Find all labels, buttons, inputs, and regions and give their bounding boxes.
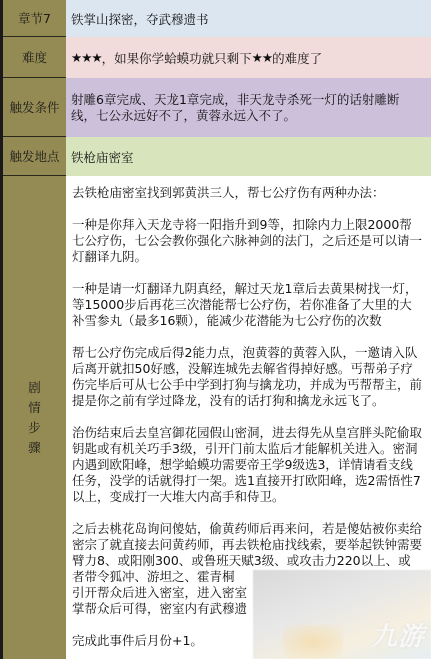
watermark-overlay: 九游 xyxy=(253,570,431,659)
trigger-condition-label: 触发条件 xyxy=(3,78,66,137)
trigger-location-row: 触发地点 铁枪庙密室 xyxy=(3,137,431,176)
difficulty-text: ，如果你学蛤蟆功就只剩下 xyxy=(102,49,252,67)
jiuyou-logo-icon: 九游 xyxy=(371,616,425,653)
difficulty-row: 难度 ★★★，如果你学蛤蟆功就只剩下★★的难度了 xyxy=(3,37,431,78)
trigger-condition-value: 射雕6章完成、天龙1章完成，非天龙寺杀死一灯的话射雕断线，七公永远好不了，黄蓉永… xyxy=(66,78,431,137)
step-paragraph: 治伤结束后去皇宫御花园假山密洞，进去得先从皇宫胖头陀偷取钥匙或有机关巧手3级，引… xyxy=(72,425,423,505)
difficulty-text-end: 的难度了 xyxy=(272,49,322,67)
watermark-blur xyxy=(283,625,343,659)
trigger-condition-row: 触发条件 射雕6章完成、天龙1章完成，非天龙寺杀死一灯的话射雕断线，七公永远好不… xyxy=(3,78,431,137)
star-rating-icon: ★★★ xyxy=(71,50,102,65)
story-steps-label-char: 剧 xyxy=(28,378,41,398)
story-steps-label-char: 步 xyxy=(28,418,41,438)
trigger-location-label: 触发地点 xyxy=(3,137,66,176)
chapter-label: 章节7 xyxy=(3,0,66,37)
difficulty-label: 难度 xyxy=(3,37,66,78)
chapter-row: 章节7 铁掌山探密，夺武穆遗书 xyxy=(3,0,431,37)
step-paragraph: 帮七公疗伤完成后得2能力点，泡黄蓉的黄蓉入队，一邀请入队后离开就扣50好感，没解… xyxy=(72,345,423,409)
chapter-value: 铁掌山探密，夺武穆遗书 xyxy=(66,0,431,37)
story-steps-label-char: 情 xyxy=(28,398,41,418)
step-paragraph: 去铁枪庙密室找到郭黄洪三人，帮七公疗伤有两种办法： xyxy=(72,185,423,201)
quest-info-table: 章节7 铁掌山探密，夺武穆遗书 难度 ★★★，如果你学蛤蟆功就只剩下★★的难度了… xyxy=(0,0,431,659)
step-paragraph: 一种是你拜入天龙寺将一阳指升到9等，扣除内力上限2000帮七公疗伤，七公会教你强… xyxy=(72,217,423,265)
star-rating-reduced-icon: ★★ xyxy=(252,50,272,65)
difficulty-value: ★★★，如果你学蛤蟆功就只剩下★★的难度了 xyxy=(66,37,431,78)
step-paragraph: 一种是请一灯翻译九阴真经，解过天龙1章后去黄果树找一灯，等15000步后再花三次… xyxy=(72,281,423,329)
story-steps-label-char: 骤 xyxy=(28,438,41,458)
trigger-location-value: 铁枪庙密室 xyxy=(66,137,431,176)
story-steps-label: 剧 情 步 骤 xyxy=(3,176,66,659)
